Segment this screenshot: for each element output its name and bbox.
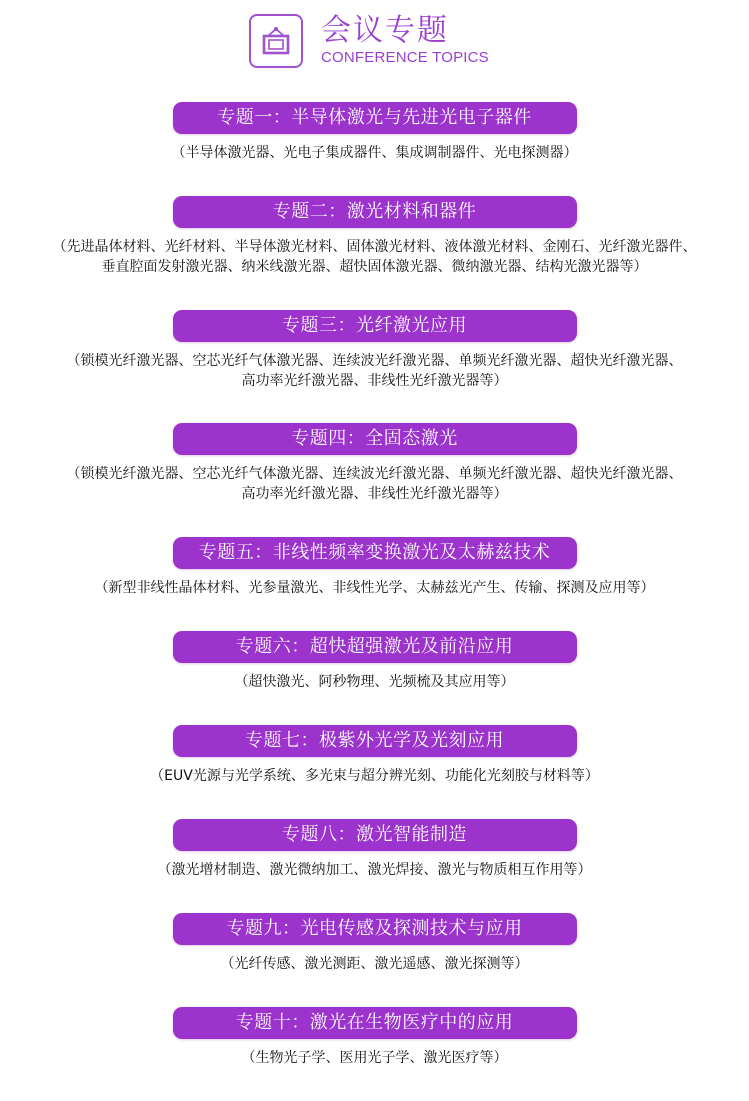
topic-10: 专题十：激光在生物医疗中的应用 （生物光子学、医用光子学、激光医疗等） bbox=[0, 1007, 749, 1068]
topic-title-pill: 专题一：半导体激光与先进光电子器件 bbox=[173, 102, 577, 134]
description-line: 高功率光纤激光器、非线性光纤激光器等） bbox=[0, 371, 749, 391]
topic-2: 专题二：激光材料和器件 （先进晶体材料、光纤材料、半导体激光材料、固体激光材料、… bbox=[0, 196, 749, 277]
topic-title-pill: 专题七：极紫外光学及光刻应用 bbox=[173, 725, 577, 757]
topic-8: 专题八：激光智能制造 （激光增材制造、激光微纳加工、激光焊接、激光与物质相互作用… bbox=[0, 819, 749, 880]
topic-description: （超快激光、阿秒物理、光频梳及其应用等） bbox=[0, 672, 749, 692]
topic-7: 专题七：极紫外光学及光刻应用 （EUV光源与光学系统、多光束与超分辨光刻、功能化… bbox=[0, 725, 749, 786]
topic-description: （新型非线性晶体材料、光参量激光、非线性光学、太赫兹光产生、传输、探测及应用等） bbox=[0, 578, 749, 598]
description-line: （锁模光纤激光器、空芯光纤气体激光器、连续波光纤激光器、单频光纤激光器、超快光纤… bbox=[0, 351, 749, 371]
topic-description: （锁模光纤激光器、空芯光纤气体激光器、连续波光纤激光器、单频光纤激光器、超快光纤… bbox=[0, 464, 749, 504]
topic-4: 专题四：全固态激光 （锁模光纤激光器、空芯光纤气体激光器、连续波光纤激光器、单频… bbox=[0, 423, 749, 504]
description-line: （锁模光纤激光器、空芯光纤气体激光器、连续波光纤激光器、单频光纤激光器、超快光纤… bbox=[0, 464, 749, 484]
topic-title-pill: 专题四：全固态激光 bbox=[173, 423, 577, 455]
topic-description: （半导体激光器、光电子集成器件、集成调制器件、光电探测器） bbox=[0, 143, 749, 163]
topic-title-pill: 专题六：超快超强激光及前沿应用 bbox=[173, 631, 577, 663]
description-line: （激光增材制造、激光微纳加工、激光焊接、激光与物质相互作用等） bbox=[0, 860, 749, 880]
topic-title-pill: 专题三：光纤激光应用 bbox=[173, 310, 577, 342]
topic-description: （生物光子学、医用光子学、激光医疗等） bbox=[0, 1048, 749, 1068]
page-title: 会议专题 bbox=[321, 14, 489, 48]
picture-frame-icon bbox=[249, 14, 303, 68]
topic-description: （先进晶体材料、光纤材料、半导体激光材料、固体激光材料、液体激光材料、金刚石、光… bbox=[0, 237, 749, 277]
topic-1: 专题一：半导体激光与先进光电子器件 （半导体激光器、光电子集成器件、集成调制器件… bbox=[0, 102, 749, 163]
description-line: 垂直腔面发射激光器、纳米线激光器、超快固体激光器、微纳激光器、结构光激光器等） bbox=[0, 257, 749, 277]
topic-title-pill: 专题二：激光材料和器件 bbox=[173, 196, 577, 228]
description-line: （EUV光源与光学系统、多光束与超分辨光刻、功能化光刻胶与材料等） bbox=[0, 766, 749, 786]
description-line: （生物光子学、医用光子学、激光医疗等） bbox=[0, 1048, 749, 1068]
description-line: （超快激光、阿秒物理、光频梳及其应用等） bbox=[0, 672, 749, 692]
topic-3: 专题三：光纤激光应用 （锁模光纤激光器、空芯光纤气体激光器、连续波光纤激光器、单… bbox=[0, 310, 749, 391]
topic-title-pill: 专题五：非线性频率变换激光及太赫兹技术 bbox=[173, 537, 577, 569]
topic-description: （锁模光纤激光器、空芯光纤气体激光器、连续波光纤激光器、单频光纤激光器、超快光纤… bbox=[0, 351, 749, 391]
description-line: （先进晶体材料、光纤材料、半导体激光材料、固体激光材料、液体激光材料、金刚石、光… bbox=[0, 237, 749, 257]
topic-title-pill: 专题十：激光在生物医疗中的应用 bbox=[173, 1007, 577, 1039]
page-header: 会议专题 CONFERENCE TOPICS bbox=[249, 12, 489, 70]
topic-description: （光纤传感、激光测距、激光遥感、激光探测等） bbox=[0, 954, 749, 974]
topic-5: 专题五：非线性频率变换激光及太赫兹技术 （新型非线性晶体材料、光参量激光、非线性… bbox=[0, 537, 749, 598]
topic-description: （EUV光源与光学系统、多光束与超分辨光刻、功能化光刻胶与材料等） bbox=[0, 766, 749, 786]
description-line: （光纤传感、激光测距、激光遥感、激光探测等） bbox=[0, 954, 749, 974]
topic-title-pill: 专题八：激光智能制造 bbox=[173, 819, 577, 851]
description-line: （新型非线性晶体材料、光参量激光、非线性光学、太赫兹光产生、传输、探测及应用等） bbox=[0, 578, 749, 598]
description-line: （半导体激光器、光电子集成器件、集成调制器件、光电探测器） bbox=[0, 143, 749, 163]
topic-6: 专题六：超快超强激光及前沿应用 （超快激光、阿秒物理、光频梳及其应用等） bbox=[0, 631, 749, 692]
page-subtitle: CONFERENCE TOPICS bbox=[321, 48, 489, 68]
topic-9: 专题九：光电传感及探测技术与应用 （光纤传感、激光测距、激光遥感、激光探测等） bbox=[0, 913, 749, 974]
description-line: 高功率光纤激光器、非线性光纤激光器等） bbox=[0, 484, 749, 504]
topic-title-pill: 专题九：光电传感及探测技术与应用 bbox=[173, 913, 577, 945]
topic-description: （激光增材制造、激光微纳加工、激光焊接、激光与物质相互作用等） bbox=[0, 860, 749, 880]
